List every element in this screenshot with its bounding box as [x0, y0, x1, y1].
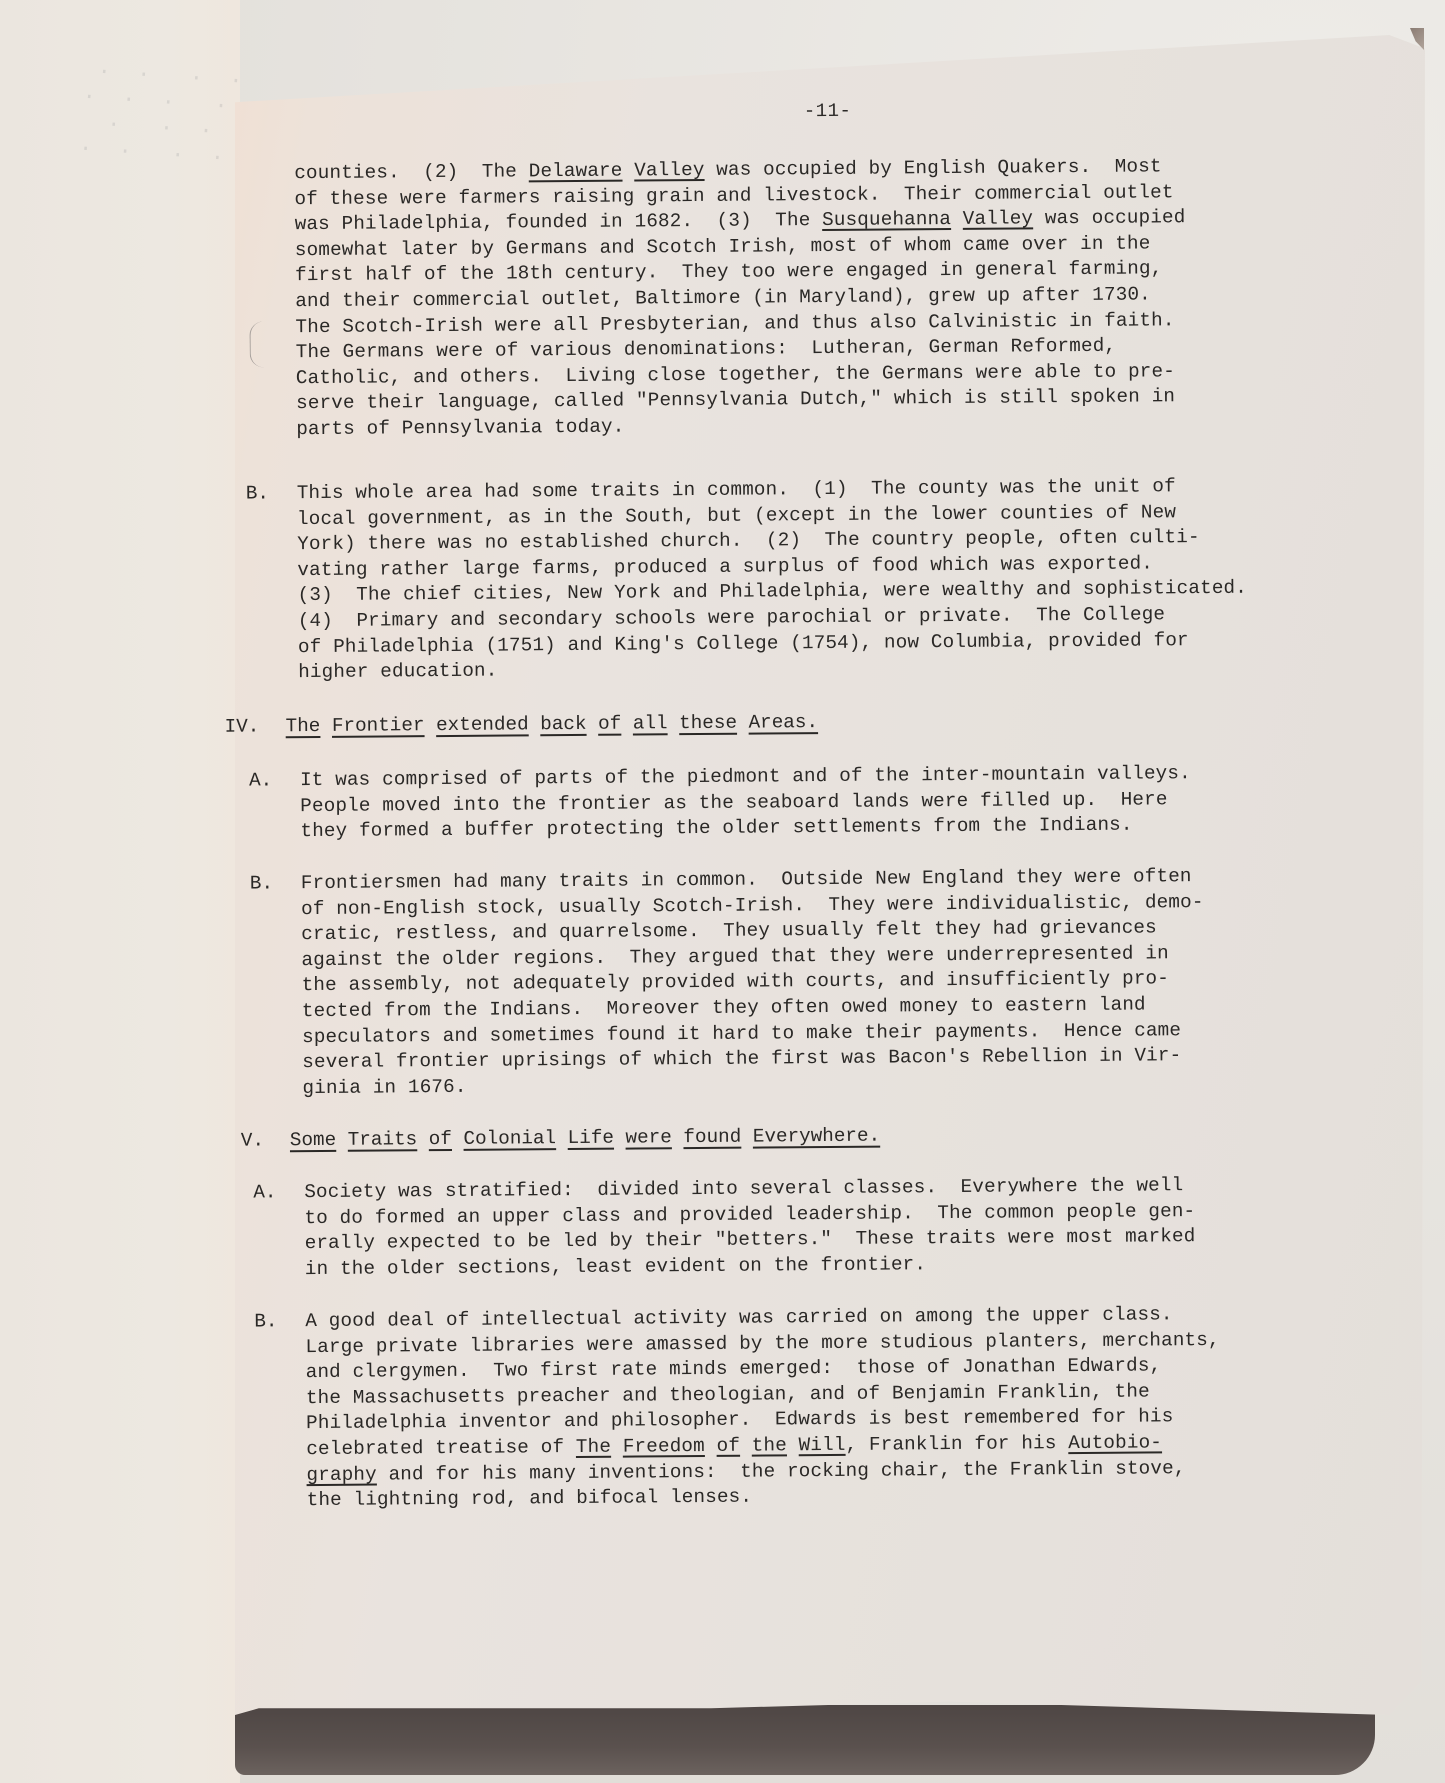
heading-word: of	[429, 1128, 452, 1150]
section-marker-V: V.	[241, 1128, 264, 1154]
heading-word: Areas.	[748, 711, 818, 734]
underlined-phrase: Susquehanna	[822, 208, 951, 231]
margin-pencil-mark	[249, 321, 264, 367]
heading-word: these	[679, 712, 737, 734]
underlined-phrase: The	[576, 1436, 611, 1458]
underlined-phrase: Valley	[963, 208, 1033, 231]
heading-word: Colonial	[463, 1127, 556, 1150]
section-V-B-paragraph: A good deal of intellectual activity was…	[305, 1302, 1221, 1514]
section-IV-heading: The Frontier extended back of all these …	[286, 710, 819, 740]
heading-word: all	[633, 712, 668, 734]
underlined-phrase: Freedom	[623, 1435, 705, 1458]
heading-word: Frontier	[332, 714, 425, 737]
underlined-phrase: of	[716, 1435, 740, 1457]
underlined-phrase: graphy	[306, 1463, 376, 1486]
heading-word: Life	[568, 1127, 614, 1149]
section-IV-A-paragraph: It was comprised of parts of the piedmon…	[300, 761, 1191, 845]
section-III-B-paragraph: This whole area had some traits in commo…	[297, 474, 1248, 686]
item-marker-V-A: A.	[253, 1180, 276, 1206]
underlined-phrase: Delaware	[529, 160, 623, 183]
section-marker-IV: IV.	[225, 714, 260, 740]
underlined-phrase: Valley	[634, 159, 704, 182]
page-number: -11-	[804, 100, 852, 122]
heading-word: Some	[290, 1129, 336, 1151]
item-marker-V-B: B.	[254, 1309, 277, 1335]
item-marker-III-B: B.	[246, 481, 269, 507]
heading-word: found	[683, 1126, 741, 1148]
heading-word: extended	[436, 713, 529, 736]
heading-word: The	[286, 715, 321, 737]
heading-word: back	[540, 713, 586, 735]
section-V-heading: Some Traits of Colonial Life were found …	[290, 1124, 880, 1154]
section-IV-B-paragraph: Frontiersmen had many traits in common. …	[301, 864, 1205, 1101]
document-content: -11- counties. (2) The Delaware Valley w…	[0, 0, 1445, 1783]
section-V-A-paragraph: Society was stratified: divided into sev…	[304, 1173, 1196, 1282]
heading-word: Traits	[348, 1128, 418, 1151]
underlined-phrase: Will	[799, 1434, 846, 1456]
heading-word: of	[598, 713, 621, 735]
underlined-phrase: the	[752, 1434, 787, 1456]
item-marker-IV-B: B.	[250, 871, 273, 897]
item-marker-IV-A: A.	[249, 768, 272, 794]
heading-word: were	[625, 1126, 671, 1148]
heading-word: Everywhere.	[753, 1125, 880, 1148]
intro-paragraph: counties. (2) The Delaware Valley was oc…	[294, 154, 1187, 443]
underlined-phrase: Autobio-	[1068, 1431, 1162, 1454]
